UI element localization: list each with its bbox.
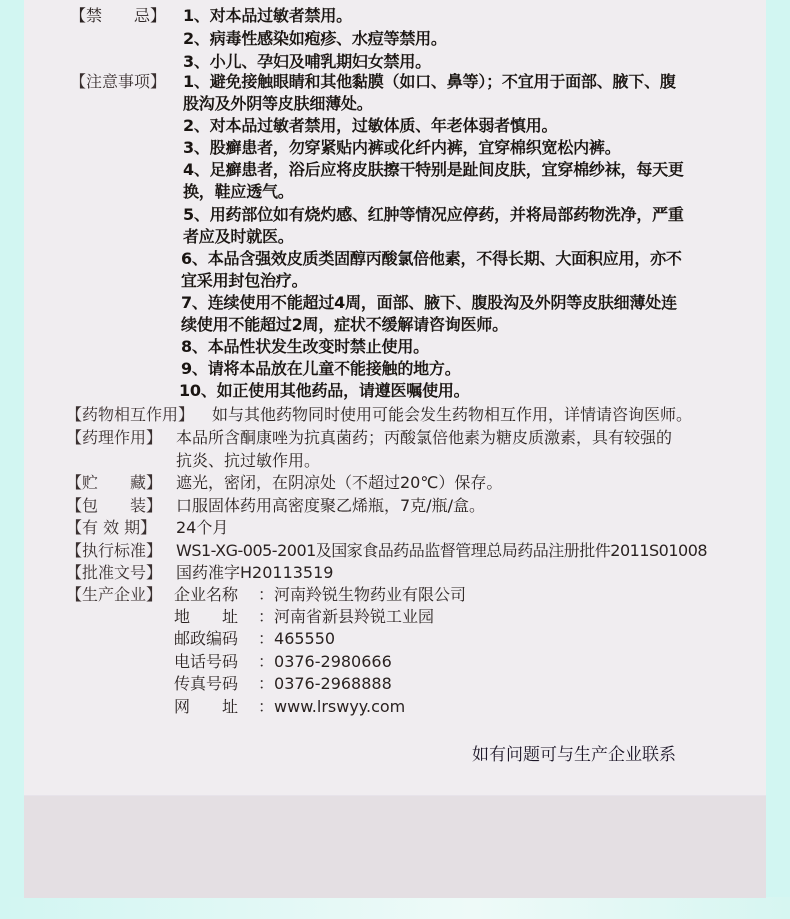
pharmacology-line: 抗炎、抗过敏作用。 [176, 450, 320, 472]
contraindication-item: 2、病毒性感染如疱疹、水痘等禁用。 [183, 28, 447, 50]
field-separator: ： [258, 629, 274, 648]
approval-number: 国药准字H20113519 [176, 562, 333, 584]
manufacturer-address-row: 地 址：河南省新县羚锐工业园 [174, 606, 434, 628]
field-separator: ： [258, 674, 274, 693]
field-separator: ： [258, 607, 274, 626]
contraindication-item: 3、小儿、孕妇及哺乳期妇女禁用。 [183, 51, 431, 73]
precaution-line: 9、请将本品放在儿童不能接触的地方。 [181, 358, 461, 380]
field-key: 电话号码 [174, 651, 258, 673]
manufacturer-label: 【生产企业】 [66, 584, 162, 606]
fax-number: 0376-2968888 [274, 674, 392, 693]
field-key: 网 址 [174, 696, 258, 718]
storage-text: 遮光，密闭，在阴凉处（不超过20℃）保存。 [176, 472, 502, 494]
precaution-line: 续使用不能超过2周，症状不缓解请咨询医师。 [181, 314, 508, 336]
background-bottom-strip [0, 897, 790, 919]
contact-manufacturer-note: 如有问题可与生产企业联系 [472, 744, 676, 766]
postcode: 465550 [274, 629, 335, 648]
precaution-line: 10、如正使用其他药品，请遵医嘱使用。 [179, 380, 469, 402]
manufacturer-website-row: 网 址：www.lrswyy.com [174, 696, 405, 718]
interactions-label: 【药物相互作用】 [66, 404, 194, 426]
validity-text: 24个月 [176, 517, 228, 539]
precaution-line: 8、本品性状发生改变时禁止使用。 [181, 336, 429, 358]
company-address: 河南省新县羚锐工业园 [274, 607, 434, 626]
field-key: 邮政编码 [174, 628, 258, 650]
website: www.lrswyy.com [274, 697, 405, 716]
approval-label: 【批准文号】 [66, 562, 162, 584]
precaution-line: 2、对本品过敏者禁用，过敏体质、年老体弱者慎用。 [183, 115, 557, 137]
precautions-label: 【注意事项】 [70, 71, 166, 93]
precaution-line: 4、足癣患者，浴后应将皮肤擦干特别是趾间皮肤，宜穿棉纱袜，每天更 [183, 159, 684, 181]
manufacturer-name-row: 企业名称：河南羚锐生物药业有限公司 [174, 584, 466, 606]
field-separator: ： [258, 697, 274, 716]
company-name: 河南羚锐生物药业有限公司 [274, 585, 466, 604]
precaution-line: 宜采用封包治疗。 [181, 270, 307, 292]
field-key: 企业名称 [174, 584, 258, 606]
standard-text: WS1-XG-005-2001及国家食品药品监督管理总局药品注册批件2011S0… [176, 540, 707, 562]
precaution-line: 5、用药部位如有烧灼感、红肿等情况应停药，并将局部药物洗净，严重 [183, 204, 684, 226]
precaution-line: 7、连续使用不能超过4周，面部、腋下、腹股沟及外阴等皮肤细薄处连 [181, 292, 677, 314]
phone-number: 0376-2980666 [274, 652, 392, 671]
precaution-line: 股沟及外阴等皮肤细薄处。 [183, 93, 373, 115]
field-key: 地 址 [174, 606, 258, 628]
validity-label: 【有 效 期】 [66, 517, 156, 539]
paper-shadow-band [24, 795, 766, 898]
pharmacology-label: 【药理作用】 [66, 427, 162, 449]
contraindications-label: 【禁 忌】 [70, 5, 166, 27]
precaution-line: 3、股癣患者，勿穿紧贴内裤或化纤内裤，宜穿棉织宽松内裤。 [183, 137, 621, 159]
field-separator: ： [258, 585, 274, 604]
field-separator: ： [258, 652, 274, 671]
storage-label: 【贮 藏】 [66, 472, 162, 494]
precaution-line: 6、本品含强效皮质类固醇丙酸氯倍他素，不得长期、大面积应用，亦不 [181, 248, 682, 270]
standard-label: 【执行标准】 [66, 540, 162, 562]
packaging-label: 【包 装】 [66, 495, 162, 517]
interactions-text: 如与其他药物同时使用可能会发生药物相互作用，详情请咨询医师。 [212, 404, 692, 426]
pharmacology-line: 本品所含酮康唑为抗真菌药；丙酸氯倍他素为糖皮质激素，具有较强的 [176, 427, 672, 449]
precaution-line: 1、避免接触眼睛和其他黏膜（如口、鼻等）；不宜用于面部、腋下、腹 [183, 71, 676, 93]
contraindication-item: 1、对本品过敏者禁用。 [183, 5, 352, 27]
manufacturer-phone-row: 电话号码：0376-2980666 [174, 651, 392, 673]
field-key: 传真号码 [174, 673, 258, 695]
manufacturer-postcode-row: 邮政编码：465550 [174, 628, 335, 650]
precaution-line: 者应及时就医。 [183, 226, 294, 248]
precaution-line: 换，鞋应透气。 [183, 181, 294, 203]
manufacturer-fax-row: 传真号码：0376-2968888 [174, 673, 392, 695]
packaging-text: 口服固体药用高密度聚乙烯瓶，7克/瓶/盒。 [176, 495, 485, 517]
